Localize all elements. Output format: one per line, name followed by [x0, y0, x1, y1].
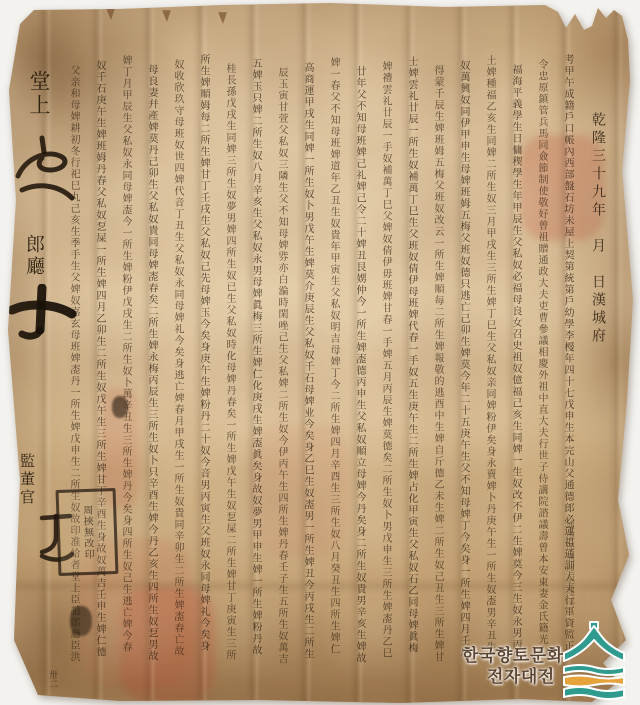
text-column: 令忠原鎮管兵馬同僉節制使敬好曾祖贈通政大夫吏曹參議相慶外祖中直大夫行世子侍講院諮…	[534, 59, 549, 657]
text-column: 辰玉寅甘萱父私奴三隣生父不知母婢哛亦白溣時閑唑己生父私婢二所生奴今伊丙午生四所生…	[274, 67, 289, 665]
photo-background: 考甲午成籍戶口帳內西部盤石坊未屋上契第統第戶幼學李槾年四十七戊申生本完山父通德郎…	[0, 0, 640, 705]
watermark-line2: 전자대전	[487, 662, 555, 687]
label-gamdonggwan: 監董官	[17, 453, 38, 507]
date-column: 乾隆三十九年 月 日漢城府	[588, 112, 608, 346]
fold-notch-3	[218, 12, 227, 24]
verification-stamp: 周挾無改印	[56, 488, 119, 576]
text-column: 所生婢順姆每二所生婢甘丁壬戌生父私奴己先母婢玉今矣身庚午生婢粉丹二十奴今音男丙寅…	[196, 54, 211, 652]
stain-left-middle	[0, 170, 50, 490]
text-column: 土婢種福乙亥生同婢二所生奴三月甲戌生三所生婢丁巳生父私奴亲同婢粉伊矣身永賣婢卜丹…	[482, 55, 497, 653]
text-column: 母良妻幷產婢莫丹己卯生父私奴貴同母婢唜春矣二所生婢永梅丙辰生三所生奴卜只辛酉生婢…	[144, 64, 159, 662]
text-column: 婢禮雲礼廿辰一手奴補萬丁巳父婢奴倩伊毋班婢甘春一手婢五月丙辰生婢莫德矣二所生奴卜…	[378, 61, 393, 659]
local-culture-logo	[559, 620, 629, 702]
corner-mark: 卅二	[46, 670, 59, 688]
text-column: 奴萬興奴同伊甲申生母婢班姆五梅父班奴德只逃亡己卯生婢莫今年二十五庚午生父不知母婢…	[456, 60, 471, 658]
logo-bar-orange	[564, 676, 624, 687]
text-column: 五婢玉只婢二所生奴八月辛亥生父私奴永男母婢眞梅三所生婢仁化庚戌生婢唜眞矣身故奴夢…	[248, 58, 263, 656]
stamp-text: 周挾無改印	[79, 504, 96, 559]
text-column: 廿年父不知母班婢己礼婢己令二十婢丑艮娚仲今一所生婢唜德丙申生父私奴順立母婢今丹矣…	[352, 66, 367, 664]
text-column: 婢丁月甲辰生父私奴永同母婢唜今一所生婢粉伊戊戌生二所生奴卜萬辛丑生三所生婢丹今矣…	[118, 55, 133, 653]
label-nangcheong: 郎廳	[21, 234, 48, 278]
text-column: 婢一春父不知母班婢道年乙丑生奴貴年甲寅生父私奴明吉母婢丁今二所生婢四月辛酉生三所…	[326, 57, 341, 655]
fold-notch-2	[162, 10, 171, 22]
fold-notch-1	[106, 8, 115, 20]
text-column: 福海平義學生日傭稧學生年甲辰生父私奴必福母良女召史祖奴億福己亥生同婢一生奴改不伊…	[508, 64, 523, 662]
text-column: 士婢雲礼廿辰一所生奴補萬丁巳生父班奴倩伊母班婢代春一手奴五生庚午生二所生婢占化甲…	[404, 56, 419, 654]
logo-wave-thin	[564, 665, 624, 675]
text-column: 奴收欣玖守母班奴世四婢代音丁丑生父私奴永同母婢礼今矣身逃亡婢春月甲戌生一所生奴貴…	[170, 59, 185, 657]
logo-roof	[564, 626, 624, 661]
text-column: 高商運甲戌生同婢一所生奴卜男戊午生婢莫介庚辰生父私奴千石母婢业今矣身乙巳生奴唜男…	[300, 62, 315, 660]
date-tail-column: 通德郎通運紀連部	[563, 520, 576, 608]
label-dangsang: 堂上	[24, 70, 54, 118]
text-column: 桂長孫戊戌生同婢三所生奴夢男婢四所生奴已生父私奴時化母婢丹春矣一所生婢戊午生奴乭…	[222, 63, 237, 661]
logo-wave-thick	[564, 687, 624, 699]
document-wrapper: 考甲午成籍戶口帳內西部盤石坊未屋上契第統第戶幼學李槾年四十七戊申生本完山父通德郎…	[0, 0, 640, 705]
document-paper: 考甲午成籍戶口帳內西部盤石坊未屋上契第統第戶幼學李槾年四十七戊申生本完山父通德郎…	[0, 0, 640, 705]
text-column: 得蒙千辰生婢班姆五梅父班奴改云一所生婢順每二所生婢報敬的逃酉中生婢自斤德乙未生婢…	[430, 65, 445, 663]
